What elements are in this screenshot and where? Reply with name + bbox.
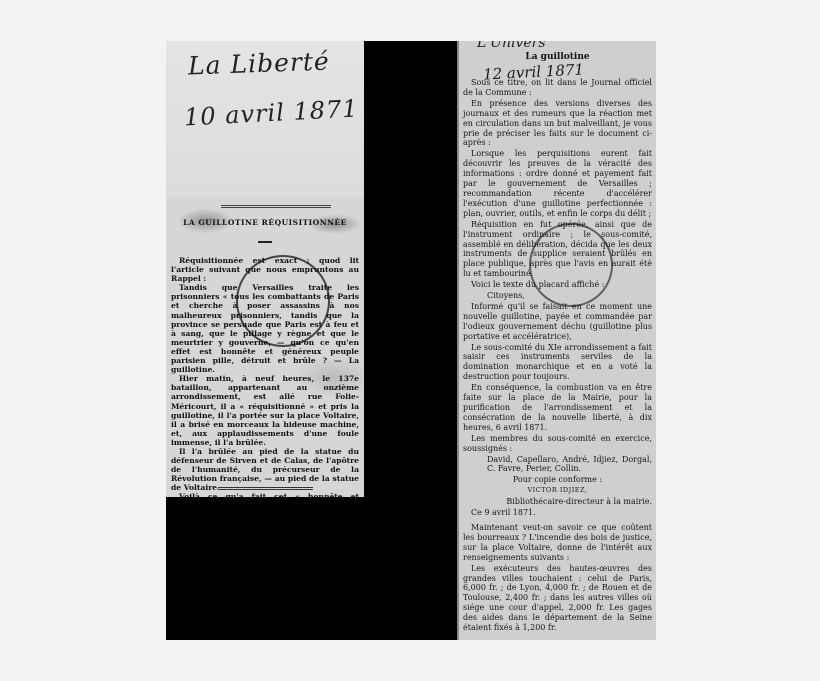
- paragraph: Citoyens,: [463, 291, 652, 301]
- ornamental-rule: [221, 205, 331, 208]
- paragraph: En conséquence, la combustion va en être…: [463, 383, 652, 433]
- paragraph: Pour copie conforme :: [463, 475, 652, 485]
- paragraph: Le sous-comité du XIe arrondissement a f…: [463, 343, 652, 383]
- right-newspaper-clipping: L'Univers La guillotine 12 avril 1871 So…: [457, 41, 656, 640]
- handwritten-scribble: L'Univers: [477, 41, 546, 51]
- paragraph: Informé qu'il se faisait en ce moment un…: [463, 302, 652, 342]
- paragraph: Tandis que Versailles traite les prisonn…: [171, 283, 359, 374]
- paragraph: Hier matin, à neuf heures, le 137e batai…: [171, 374, 359, 447]
- handwritten-newspaper-name: La Liberté: [188, 47, 331, 81]
- paragraph: Les exécuteurs des hautes-œuvres des gra…: [463, 564, 652, 633]
- handwritten-card: La Liberté 10 avril 1871: [166, 41, 364, 199]
- paragraph: Maintenant veut-on savoir ce que coûtent…: [463, 523, 652, 563]
- separator-dash: [258, 241, 272, 243]
- ornamental-rule: [218, 487, 313, 490]
- paragraph: Sous ce titre, on lit dans le Journal of…: [463, 78, 652, 98]
- paragraph: Bibliothécaire-directeur à la mairie.: [463, 497, 652, 507]
- paragraph: Les membres du sous-comité en exercice, …: [463, 434, 652, 454]
- left-clipping-headline: LA GUILLOTINE RÉQUISITIONNÉE: [166, 218, 364, 227]
- paragraph: Lorsque les perquisitions eurent fait dé…: [463, 149, 652, 218]
- paragraph: Voici le texte du placard affiché :: [463, 280, 652, 290]
- paragraph: Voilà ce qu'a fait cet « honnête et géné…: [171, 492, 359, 497]
- left-newspaper-clipping: LA GUILLOTINE RÉQUISITIONNÉE Réquisition…: [166, 197, 364, 497]
- paragraph: Réquisitionnée est exact ; quod lit l'ar…: [171, 256, 359, 283]
- left-clipping-body: Réquisitionnée est exact ; quod lit l'ar…: [171, 256, 359, 497]
- paragraph: Ce 9 avril 1871.: [463, 508, 652, 518]
- right-clipping-body: Sous ce titre, on lit dans le Journal of…: [463, 78, 652, 634]
- paragraph: En présence des versions diverses des jo…: [463, 99, 652, 149]
- paragraph: Il l'a brûlée au pied de la statue du dé…: [171, 447, 359, 492]
- paragraph: Réquisition en fut opérée, ainsi que de …: [463, 220, 652, 279]
- right-clipping-title: La guillotine: [459, 52, 656, 62]
- handwritten-date: 10 avril 1871: [183, 94, 359, 131]
- paragraph: VICTOR IDJIEZ,: [463, 486, 652, 496]
- paragraph: David, Capellaro, André, Idjiez, Dorgal,…: [463, 455, 652, 475]
